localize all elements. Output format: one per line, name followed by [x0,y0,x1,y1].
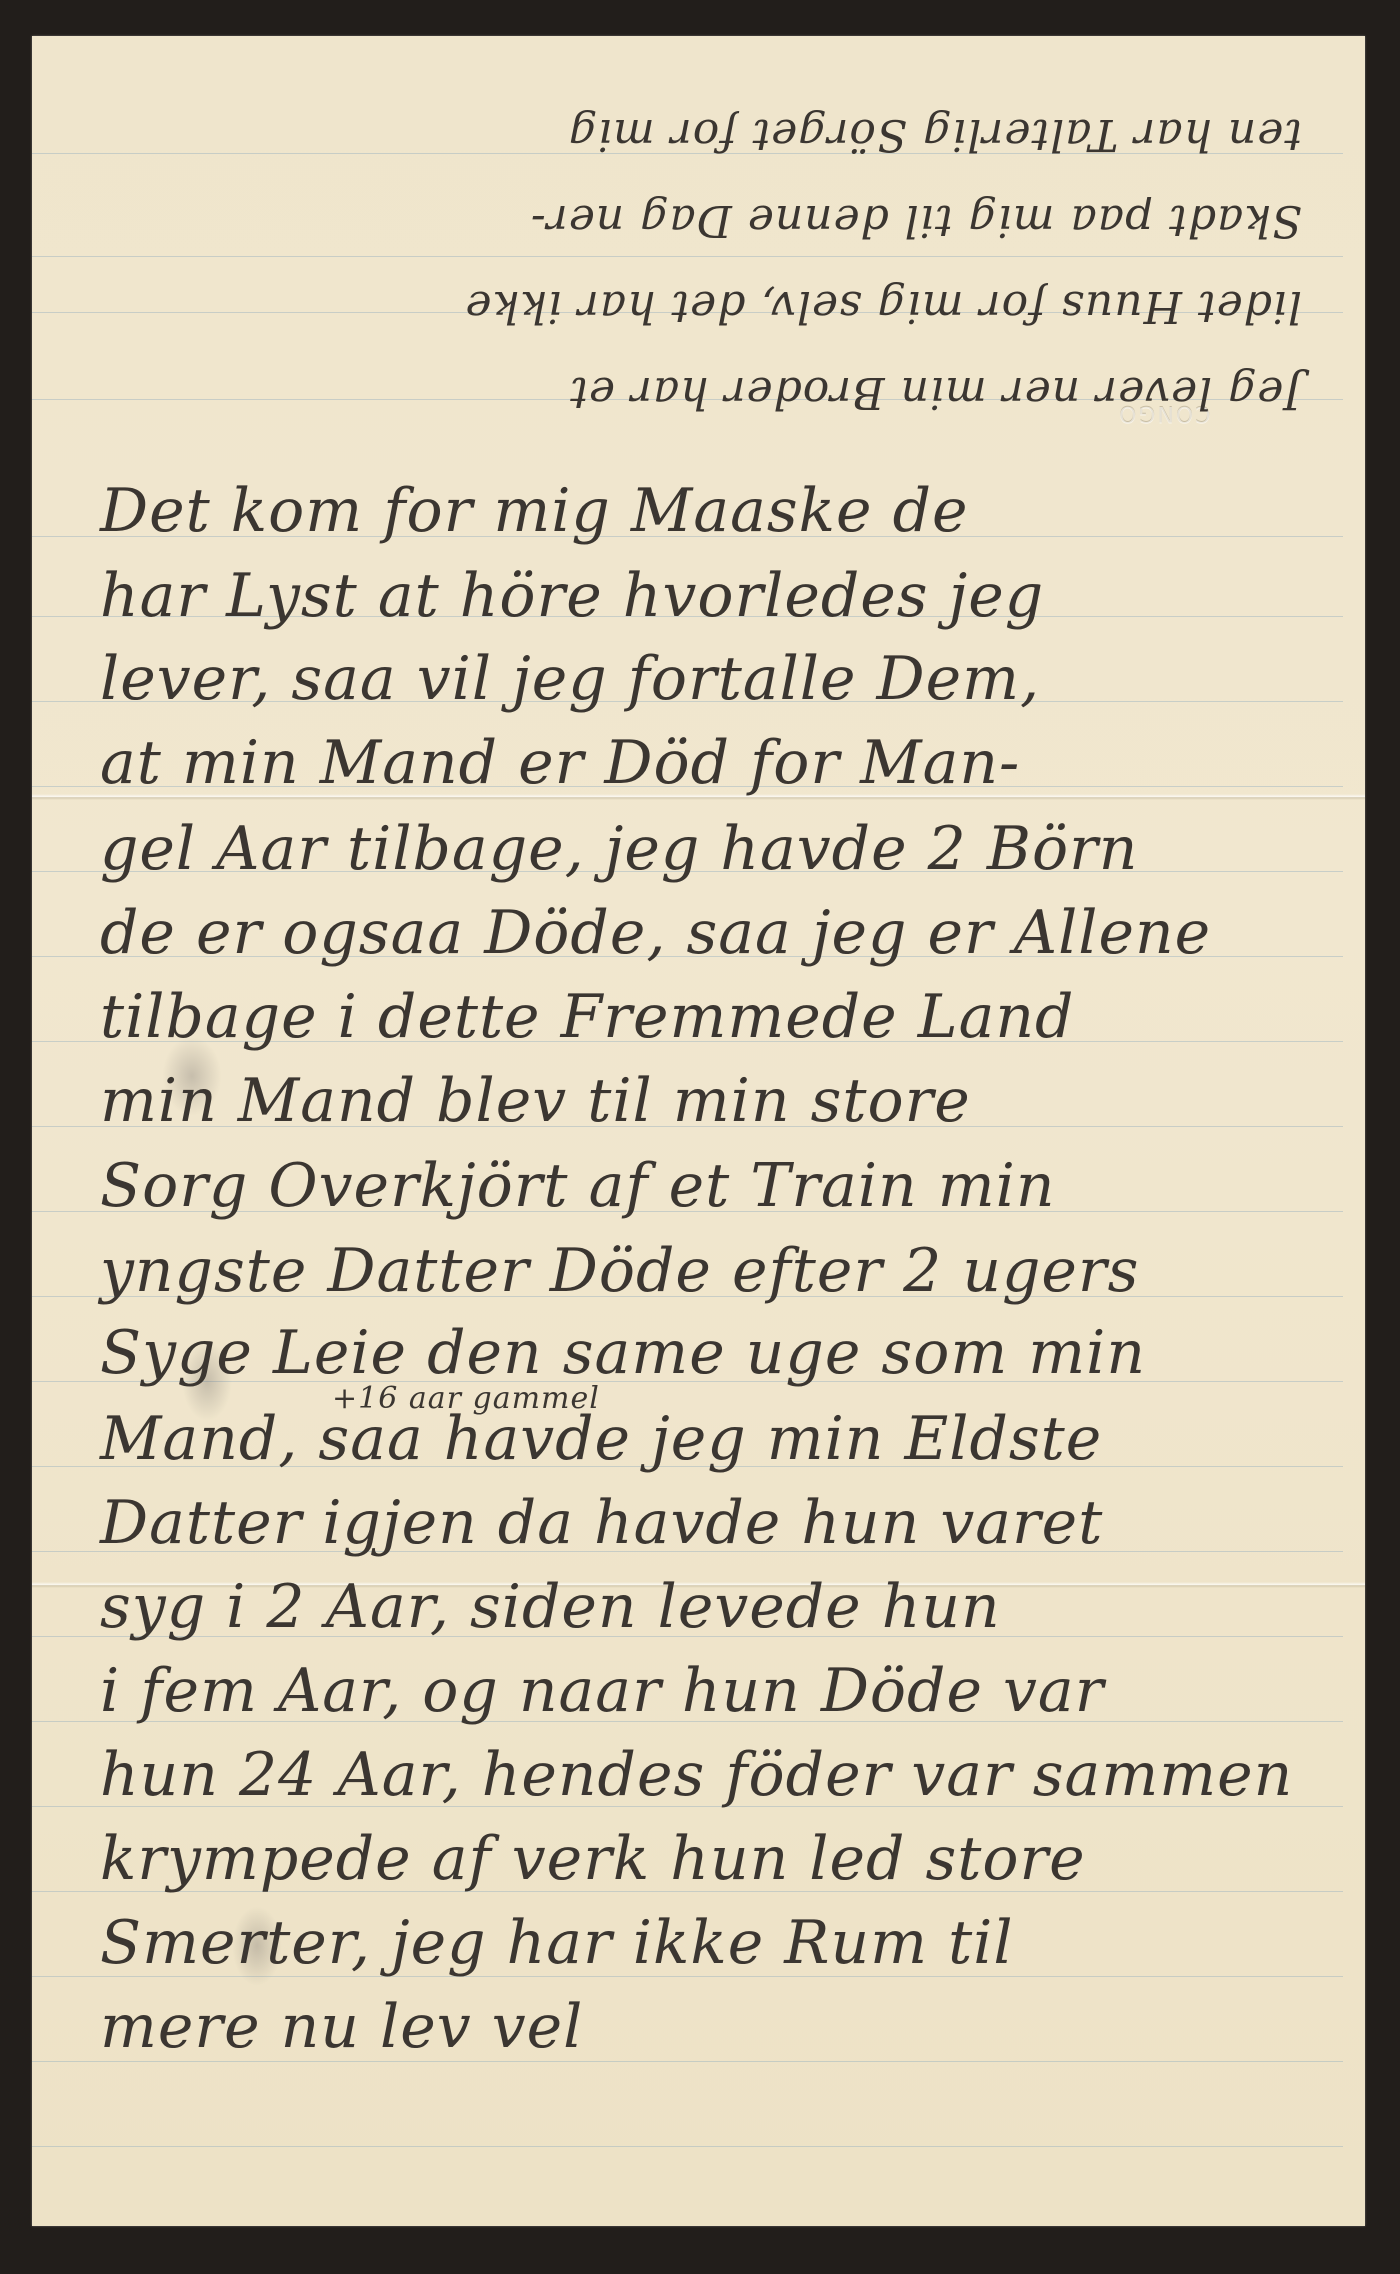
body-line: at min Mand er Död for Man- [100,728,1020,798]
body-line: tilbage i dette Fremmede Land [100,982,1074,1052]
body-line: Mand, saa havde jeg min Eldste [100,1404,1102,1474]
body-line: hun 24 Aar, hendes föder var sammen [100,1740,1293,1810]
body-line: yngste Datter Döde efter 2 ugers [100,1236,1139,1306]
letter-page: CONGO Jeg lever ner min Broder har et li… [32,36,1365,2226]
body-line: Sorg Overkjört af et Train min [100,1151,1055,1221]
postscript-line: ten har Talterlig Sörget for mig [112,91,1302,177]
body-line: min Mand blev til min store [100,1066,971,1136]
body-line: Smerter, jeg har ikke Rum til [100,1908,1014,1978]
body-line: syg i 2 Aar, siden levede hun [100,1572,1001,1642]
body-line: mere nu lev vel [100,1992,583,2062]
ruled-line [32,2146,1343,2147]
body-line: Det kom for mig Maaske de [100,476,969,546]
body-line: Datter igjen da havde hun varet [100,1488,1103,1558]
body-line: i fem Aar, og naar hun Döde var [100,1656,1104,1726]
body-line: de er ogsaa Döde, saa jeg er Allene [100,898,1211,968]
body-line: gel Aar tilbage, jeg havde 2 Börn [100,814,1138,884]
body-line: Syge Leie den same uge som min [100,1318,1146,1388]
postscript-line: lidet Huus for mig selv, det har ikke [112,263,1302,349]
body-line: krympede af verk hun led store [100,1824,1086,1894]
body-line: har Lyst at höre hvorledes jeg [100,561,1044,631]
postscript-line: Jeg lever ner min Broder har et [112,349,1302,435]
upside-down-postscript: Jeg lever ner min Broder har et lidet Hu… [112,91,1302,435]
body-line: lever, saa vil jeg fortalle Dem, [100,644,1040,714]
postscript-line: Skadt paa mig til denne Dag ner- [112,177,1302,263]
